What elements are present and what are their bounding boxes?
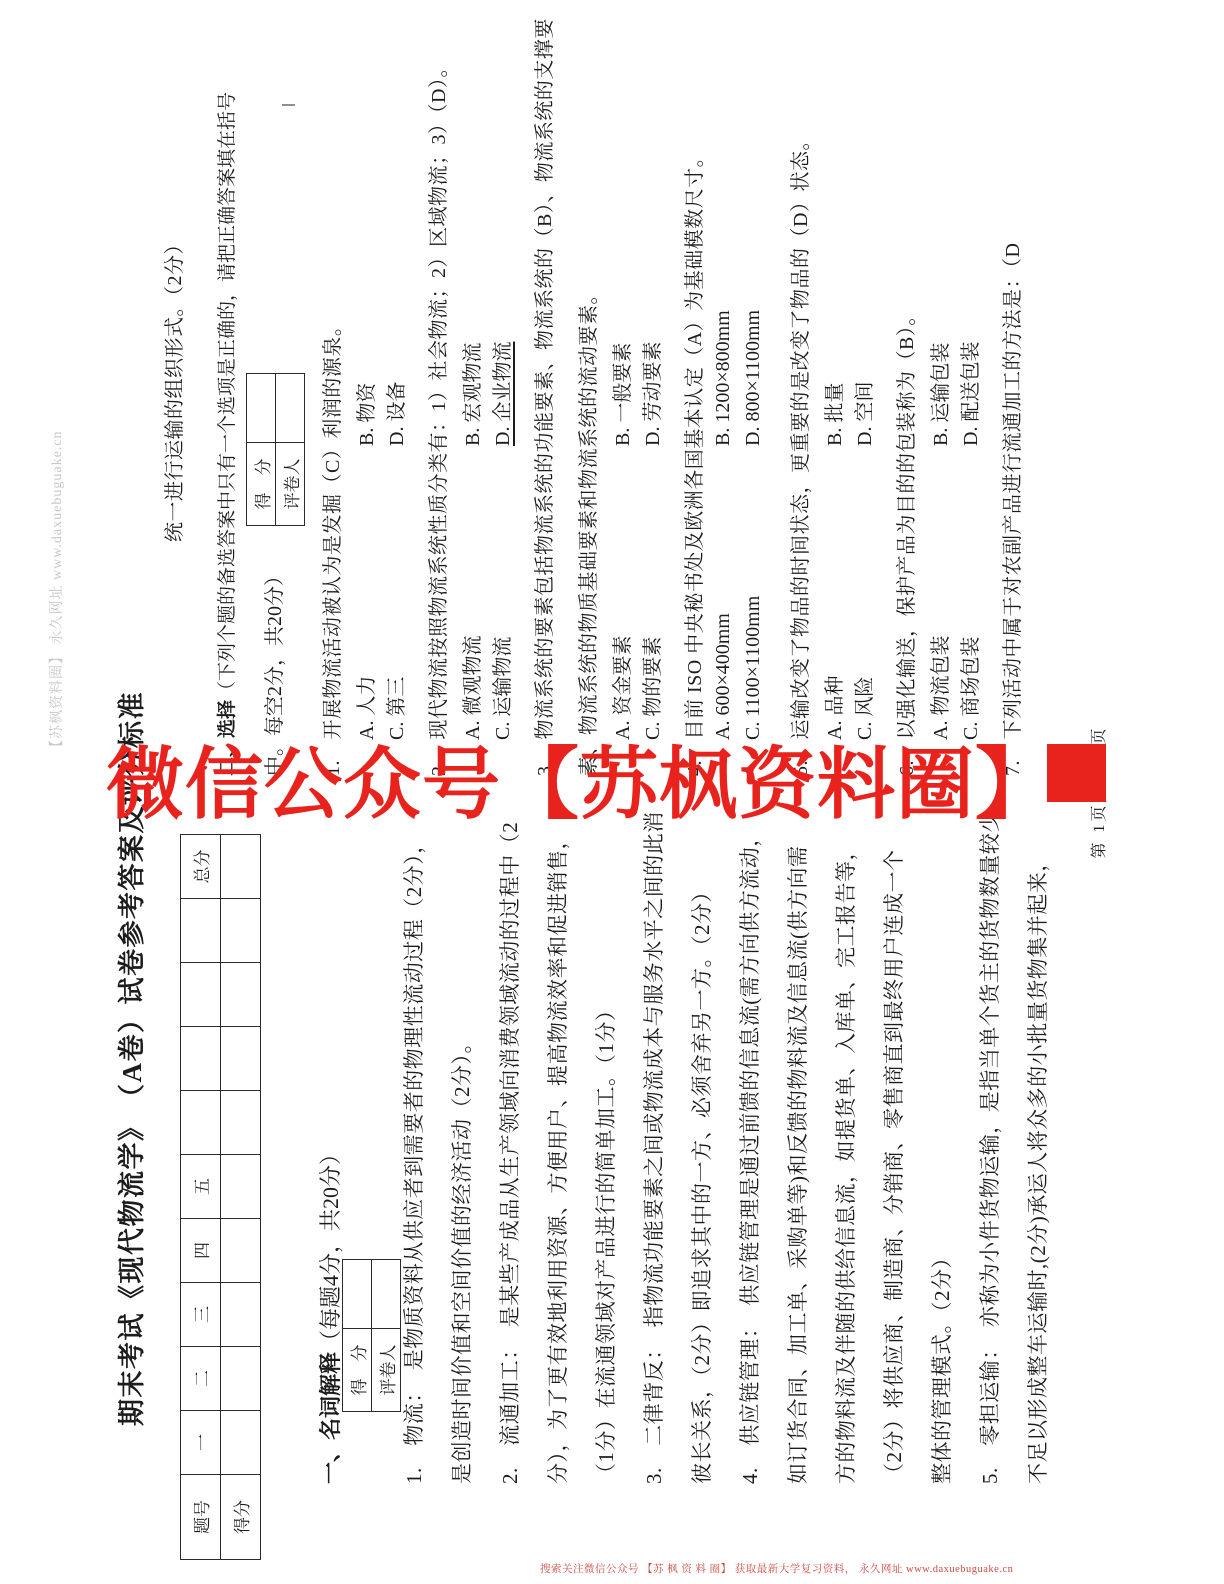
answer-line: 方的物料流及伴随的供给信息流，如提货单、入库单、完工报告等， [830, 839, 860, 1484]
score-table-cell [221, 963, 261, 1027]
option-row: C. 1100×1100mm D. 800×1100mm [742, 76, 772, 776]
option-d: D. 空间 [848, 382, 877, 446]
section1-heading-note: （每题4分，共20分） [318, 1143, 343, 1352]
continuation-line: 统一进行运输的组织形式。（2分） [158, 234, 187, 542]
score-table-cell: 一 [181, 1411, 221, 1475]
answer-line: 彼长关系，（2分）即追求其中的一方、必须舍弃另一方。（2分） [686, 881, 716, 1484]
score-table-cell: 总分 [181, 835, 221, 899]
question-line: 1. 开展物流活动被认为是发掘（C）利润的源泉。 [316, 316, 345, 776]
section2-heading: 二、选择（下列个题的备选答案中只有一个选项是正确的，请把正确答案填在括号 [212, 92, 239, 776]
question-line: 6. 以强化输送，保护产品为目的的包装称为（B）。 [890, 305, 919, 776]
score-table-cell [221, 1347, 261, 1411]
option-row: A. 资金要素 B. 一般要素 [606, 76, 636, 776]
section2-grader-box: 得 分 评卷人 [246, 373, 305, 526]
option-row: A. 物流包装 B. 运输包装 [924, 76, 954, 776]
watermark-main-text: 微信公众号【苏枫资料圈】 [106, 722, 1054, 834]
option-c: C. 1100×1100mm [742, 596, 765, 740]
question-line: 4. 目前 ISO 中央秘书处及欧洲各国基本认定（A）为基础模数尺寸。 [678, 147, 707, 776]
score-table-cell [221, 1283, 261, 1347]
option-d: D. 设备 [380, 382, 409, 446]
score-table-cell [181, 899, 221, 963]
score-table-cell: 五 [181, 1155, 221, 1219]
answer-line: 是创造时间价值和空间价值的经济活动（2分）。 [446, 1032, 476, 1484]
score-table-cell [181, 1027, 221, 1091]
scan-artifact-tick [282, 104, 295, 106]
option-row: A. 微观物流 B. 宏观物流 [456, 76, 486, 776]
grader-box-row: 得 分 [247, 374, 276, 526]
score-table-cell [221, 835, 261, 899]
answer-line: 整体的管理模式。（2分） [926, 1247, 956, 1484]
grader-box-blank [372, 1260, 401, 1329]
answer-line: 4. 供应链管理： 供应链管理是通过前馈的信息流(需方向供方流动， [734, 825, 764, 1484]
score-table-cell [221, 1027, 261, 1091]
score-table-cell [181, 1091, 221, 1155]
score-summary-table: 题号 一 二 三 四 五 总分 得分 [180, 834, 261, 1560]
answer-line: 分），为了更有效地利用资源、方便用户、提高物流效率和促进销售， [542, 828, 572, 1484]
option-row: A. 600×400mm B. 1200×800mm [712, 76, 742, 776]
grader-box-blank [343, 1260, 372, 1329]
grader-box-blank [247, 374, 276, 443]
option-a: A. 600×400mm [712, 613, 735, 740]
watermark-footer-text: 搜索关注微信公众号 【苏 枫 资 料 圈】 获取最新大学复习资料， 永久网址 w… [540, 1561, 1013, 1576]
score-table-cell [221, 1219, 261, 1283]
score-table-cell: 题号 [181, 1475, 221, 1560]
grader-box-label: 评卷人 [372, 1329, 401, 1412]
option-d: D. 劳动要素 [636, 342, 665, 446]
question-line: 素、物流系统的物质基础要素和物流系统的流动要素。 [572, 284, 601, 776]
grader-box-label: 得 分 [247, 443, 276, 526]
grader-box-row: 评卷人 [276, 374, 305, 526]
score-table-cell: 四 [181, 1219, 221, 1283]
option-d: D. 配送包装 [954, 342, 983, 446]
score-table-cell [221, 1091, 261, 1155]
score-table-cell [181, 963, 221, 1027]
section1-heading: 一、名词解释（每题4分，共20分） [314, 1143, 345, 1484]
scanned-exam-page: 【苏枫资料圈】 永久网址 www.daxuebuguake.cn 期末考试《现代… [0, 0, 1224, 1584]
option-b: B. 1200×800mm [712, 310, 735, 446]
option-d: D. 800×1100mm [742, 310, 765, 446]
option-row: C. 第三 D. 设备 [380, 76, 410, 776]
question-line: 2. 现代物流按照物流系统性质分类有：1）社会物流；2）区域物流；3）（D）。 [422, 57, 451, 776]
answer-line: 2. 流通加工： 是某些产成品从生产领域向消费领域流动的过程中（2 [494, 822, 524, 1484]
answer-line: （2分）将供应商、制造商、分销商、零售商直到最终用户连成一个 [878, 850, 908, 1485]
option-row: A. 人力 B. 物资 [350, 76, 380, 776]
option-b: B. 批量 [818, 383, 847, 446]
question-line: 3. 物流系统的要素包括物流系统的功能要素、物流系统的（B）、物流系统的支撑要 [528, 18, 557, 776]
grader-box-row: 得 分 [343, 1260, 372, 1412]
option-row: C. 物的要素 D. 劳动要素 [636, 76, 666, 776]
watermark-red-block [1047, 744, 1106, 802]
answer-line: 如订货合同、加工单、采购单等)和反馈的物料流及信息流(供方向需 [782, 846, 812, 1484]
score-table-cell [221, 1155, 261, 1219]
section2-heading-note: （下列个题的备选答案中只有一个选项是正确的，请把正确答案填在括号 [217, 92, 238, 700]
score-table-header-row: 题号 一 二 三 四 五 总分 [181, 835, 221, 1560]
option-b: B. 运输包装 [924, 343, 953, 446]
answer-line: 不足以形成整车运输时,(2分)承运人将众多的小批量货物集并起来， [1022, 850, 1052, 1484]
option-row: C. 商场包装 D. 配送包装 [954, 76, 984, 776]
grader-box-blank [276, 374, 305, 443]
grader-box-label: 评卷人 [276, 443, 305, 526]
section1-heading-number: 一、名词解释 [318, 1352, 343, 1484]
question-line: 5. 运输改变了物品的时间状态，更重要的是改变了物品的（D）状态。 [784, 130, 813, 776]
option-row: C. 风险 D. 空间 [848, 76, 878, 776]
option-row: A. 品种 B. 批量 [818, 76, 848, 776]
score-table-cell: 得分 [221, 1475, 261, 1560]
score-table-score-row: 得分 [221, 835, 261, 1560]
score-table-cell [221, 899, 261, 963]
answer-line: 5. 零担运输： 亦称为小件货物运输，是指当单个货主的货物数量较少， [974, 790, 1004, 1484]
section1-grader-box: 得 分 评卷人 [342, 1259, 401, 1412]
side-watermark-text: 【苏枫资料圈】 永久网址 www.daxuebuguake.cn [46, 431, 66, 755]
score-table-cell: 三 [181, 1283, 221, 1347]
option-d: D. 企业物流 [486, 342, 515, 446]
option-b: B. 物资 [350, 383, 379, 446]
score-table-cell: 二 [181, 1347, 221, 1411]
grader-box-label: 得 分 [343, 1329, 372, 1412]
question-line: 7. 下列活动中属于对农副产品进行流通加工的方法是：（D [996, 243, 1025, 776]
option-b: B. 宏观物流 [456, 343, 485, 446]
option-row: C. 运输物流 D. 企业物流 [486, 76, 516, 776]
answer-line: 1. 物流： 是物质资料从供应者到需要者的物理性流动过程（2分）， [398, 832, 428, 1484]
score-table-cell [221, 1411, 261, 1475]
grader-box-row: 评卷人 [372, 1260, 401, 1412]
option-b: B. 一般要素 [606, 343, 635, 446]
answer-line: 3. 二律背反： 指物流功能要素之间或物流成本与服务水平之间的此消 [638, 811, 668, 1484]
answer-line: （1分）在流通领域对产品进行的简单加工。（1分） [590, 1000, 620, 1485]
